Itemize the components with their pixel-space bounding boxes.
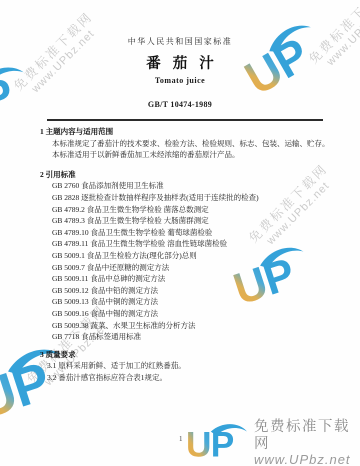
section-2-heading: 2 引用标准	[40, 169, 332, 181]
reference-item: GB 5009.11 食品中总砷的测定方法	[40, 273, 332, 285]
document-header: 中华人民共和国国家标准 番茄汁 Tomato juice GB/T 10474-…	[0, 36, 360, 109]
reference-item: GB 7718 食品标签通用标准	[40, 331, 332, 343]
document-title-en: Tomato juice	[0, 76, 360, 85]
section-3-item: 3.1 原料采用新鲜、适于加工的红熟番茄。	[40, 360, 332, 372]
section-1-heading: 1 主题内容与适用范围	[40, 126, 332, 138]
reference-item: GB 5009.38 蔬菜、水果卫生标准的分析方法	[40, 320, 332, 332]
standard-category: 中华人民共和国国家标准	[0, 36, 360, 47]
document-page: 免费标准下载网 www.UPbz.net 免费标准下载网 www.UPbz.ne…	[0, 0, 360, 466]
reference-item: GB 4789.3 食品卫生微生物学检验 大肠菌群测定	[40, 215, 332, 227]
reference-item: GB 5009.1 食品卫生检验方法(理化部分)总则	[40, 250, 332, 262]
reference-item: GB 5009.16 食品中锡的测定方法	[40, 308, 332, 320]
document-title-cn: 番茄汁	[0, 52, 360, 73]
section-1-paragraph: 本标准适用于以新鲜番茄加工未经浓缩的番茄原汁产品。	[40, 149, 332, 161]
reference-list: GB 2760 食品添加剂使用卫生标准 GB 2828 逐批检查计数抽样程序及抽…	[40, 180, 332, 342]
header-divider	[47, 119, 323, 121]
standard-number: GB/T 10474-1989	[0, 100, 360, 109]
reference-item: GB 4789.10 食品卫生微生物学检验 葡萄球菌检验	[40, 227, 332, 239]
section-1-paragraph: 本标准规定了番茄汁的技术要求、检验方法、检验规则、标志、包装、运输、贮存。	[40, 138, 332, 150]
reference-item: GB 5009.13 食品中铜的测定方法	[40, 296, 332, 308]
reference-item: GB 4789.11 食品卫生微生物学检验 溶血性链球菌检验	[40, 238, 332, 250]
reference-item: GB 2828 逐批检查计数抽样程序及抽样表(适用于连续批的检查)	[40, 192, 332, 204]
section-3-item: 3.2 番茄汁感官指标应符合表1规定。	[40, 372, 332, 384]
reference-item: GB 4789.2 食品卫生微生物学检验 菌落总数测定	[40, 204, 332, 216]
document-content: 中华人民共和国国家标准 番茄汁 Tomato juice GB/T 10474-…	[0, 0, 360, 466]
reference-item: GB 2760 食品添加剂使用卫生标准	[40, 180, 332, 192]
reference-item: GB 5009.7 食品中还原糖的测定方法	[40, 262, 332, 274]
document-body: 1 主题内容与适用范围 本标准规定了番茄汁的技术要求、检验方法、检验规则、标志、…	[40, 126, 332, 383]
page-number: 1	[179, 435, 183, 443]
reference-item: GB 5009.12 食品中铅的测定方法	[40, 285, 332, 297]
section-3-heading: 3 质量要求	[40, 349, 332, 361]
